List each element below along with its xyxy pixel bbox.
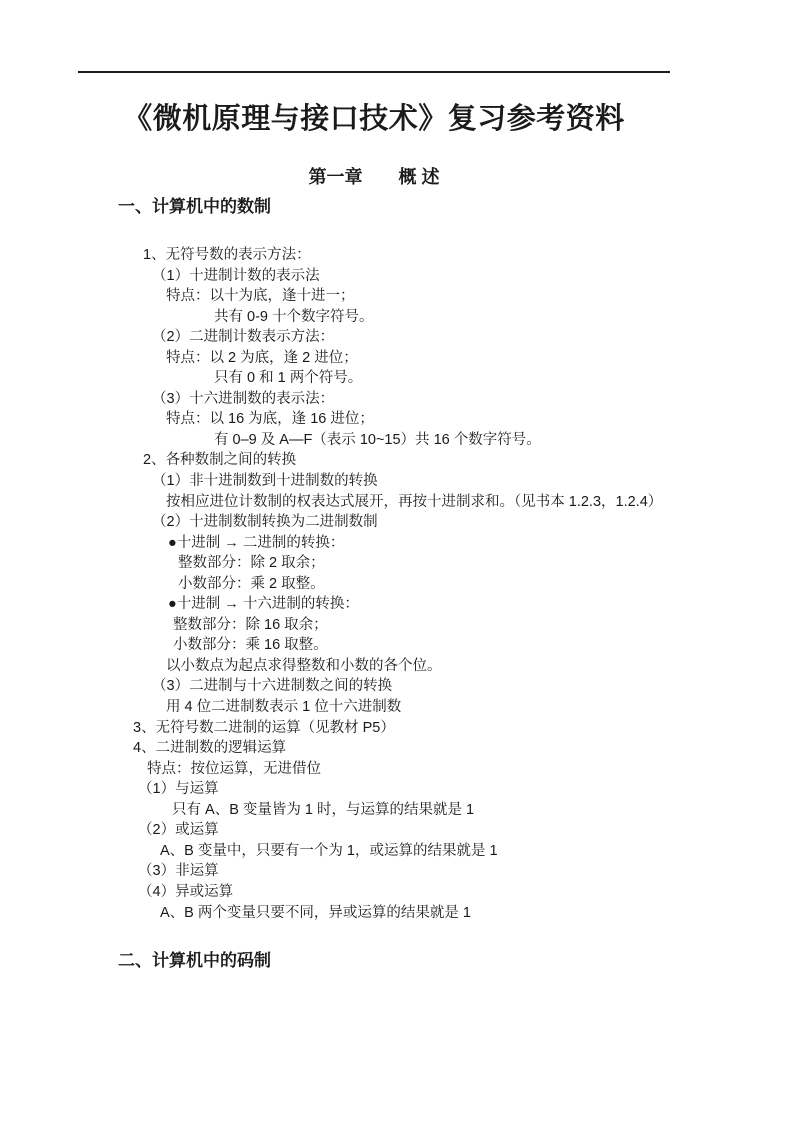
text-line: 整数部分：除 16 取余； — [118, 615, 698, 636]
text-line: 只有 0 和 1 两个符号。 — [118, 368, 698, 389]
text-line: 特点：按位运算，无进借位 — [118, 759, 698, 780]
text-line: 小数部分：乘 2 取整。 — [118, 574, 698, 595]
section-heading: 一、计算机中的数制 — [118, 196, 698, 218]
text-line: 以小数点为起点求得整数和小数的各个位。 — [118, 656, 698, 677]
document-title: 《微机原理与接口技术》复习参考资料 — [78, 96, 670, 137]
text-line: 2、各种数制之间的转换 — [118, 450, 698, 471]
text-line: 小数部分：乘 16 取整。 — [118, 635, 698, 656]
text-line: 特点：以十为底，逢十进一； — [118, 286, 698, 307]
text-line: （2）或运算 — [118, 820, 698, 841]
text-line: （1）十进制计数的表示法 — [118, 266, 698, 287]
section-lines: 1、无符号数的表示方法：（1）十进制计数的表示法特点：以十为底，逢十进一；共有 … — [118, 245, 698, 923]
text-line: （3）非运算 — [118, 861, 698, 882]
header-rule — [78, 71, 670, 73]
text-line: （3）十六进制数的表示法： — [118, 389, 698, 410]
text-line: 3、无符号数二进制的运算（见教材 P5） — [118, 718, 698, 739]
text-line: 只有 A、B 变量皆为 1 时，与运算的结果就是 1 — [118, 800, 698, 821]
document-sections: 一、计算机中的数制1、无符号数的表示方法：（1）十进制计数的表示法特点：以十为底… — [118, 196, 698, 972]
text-line: （4）异或运算 — [118, 882, 698, 903]
text-line: A、B 变量中，只要有一个为 1，或运算的结果就是 1 — [118, 841, 698, 862]
text-line: （2）十进制数制转换为二进制数制 — [118, 512, 698, 533]
section-heading: 二、计算机中的码制 — [118, 950, 698, 972]
text-line: A、B 两个变量只要不同，异或运算的结果就是 1 — [118, 903, 698, 924]
text-line: 按相应进位计数制的权表达式展开，再按十进制求和。（见书本 1.2.3，1.2.4… — [118, 492, 698, 513]
chapter-heading: 第一章 概 述 — [78, 163, 670, 189]
text-line: 共有 0-9 十个数字符号。 — [118, 307, 698, 328]
text-line: ●十进制 → 十六进制的转换： — [118, 594, 698, 615]
text-line: 特点：以 2 为底，逢 2 进位； — [118, 348, 698, 369]
text-line: 1、无符号数的表示方法： — [118, 245, 698, 266]
text-line: ●十进制 → 二进制的转换： — [118, 533, 698, 554]
text-line: （1）与运算 — [118, 779, 698, 800]
text-line: 整数部分：除 2 取余； — [118, 553, 698, 574]
text-line: （1）非十进制数到十进制数的转换 — [118, 471, 698, 492]
text-line: （2）二进制计数表示方法： — [118, 327, 698, 348]
text-line: 4、二进制数的逻辑运算 — [118, 738, 698, 759]
text-line: （3）二进制与十六进制数之间的转换 — [118, 676, 698, 697]
document-page: 《微机原理与接口技术》复习参考资料 第一章 概 述 一、计算机中的数制1、无符号… — [0, 0, 793, 1122]
text-line: 用 4 位二进制数表示 1 位十六进制数 — [118, 697, 698, 718]
text-line: 有 0–9 及 A—F（表示 10~15）共 16 个数字符号。 — [118, 430, 698, 451]
text-line: 特点：以 16 为底，逢 16 进位； — [118, 409, 698, 430]
